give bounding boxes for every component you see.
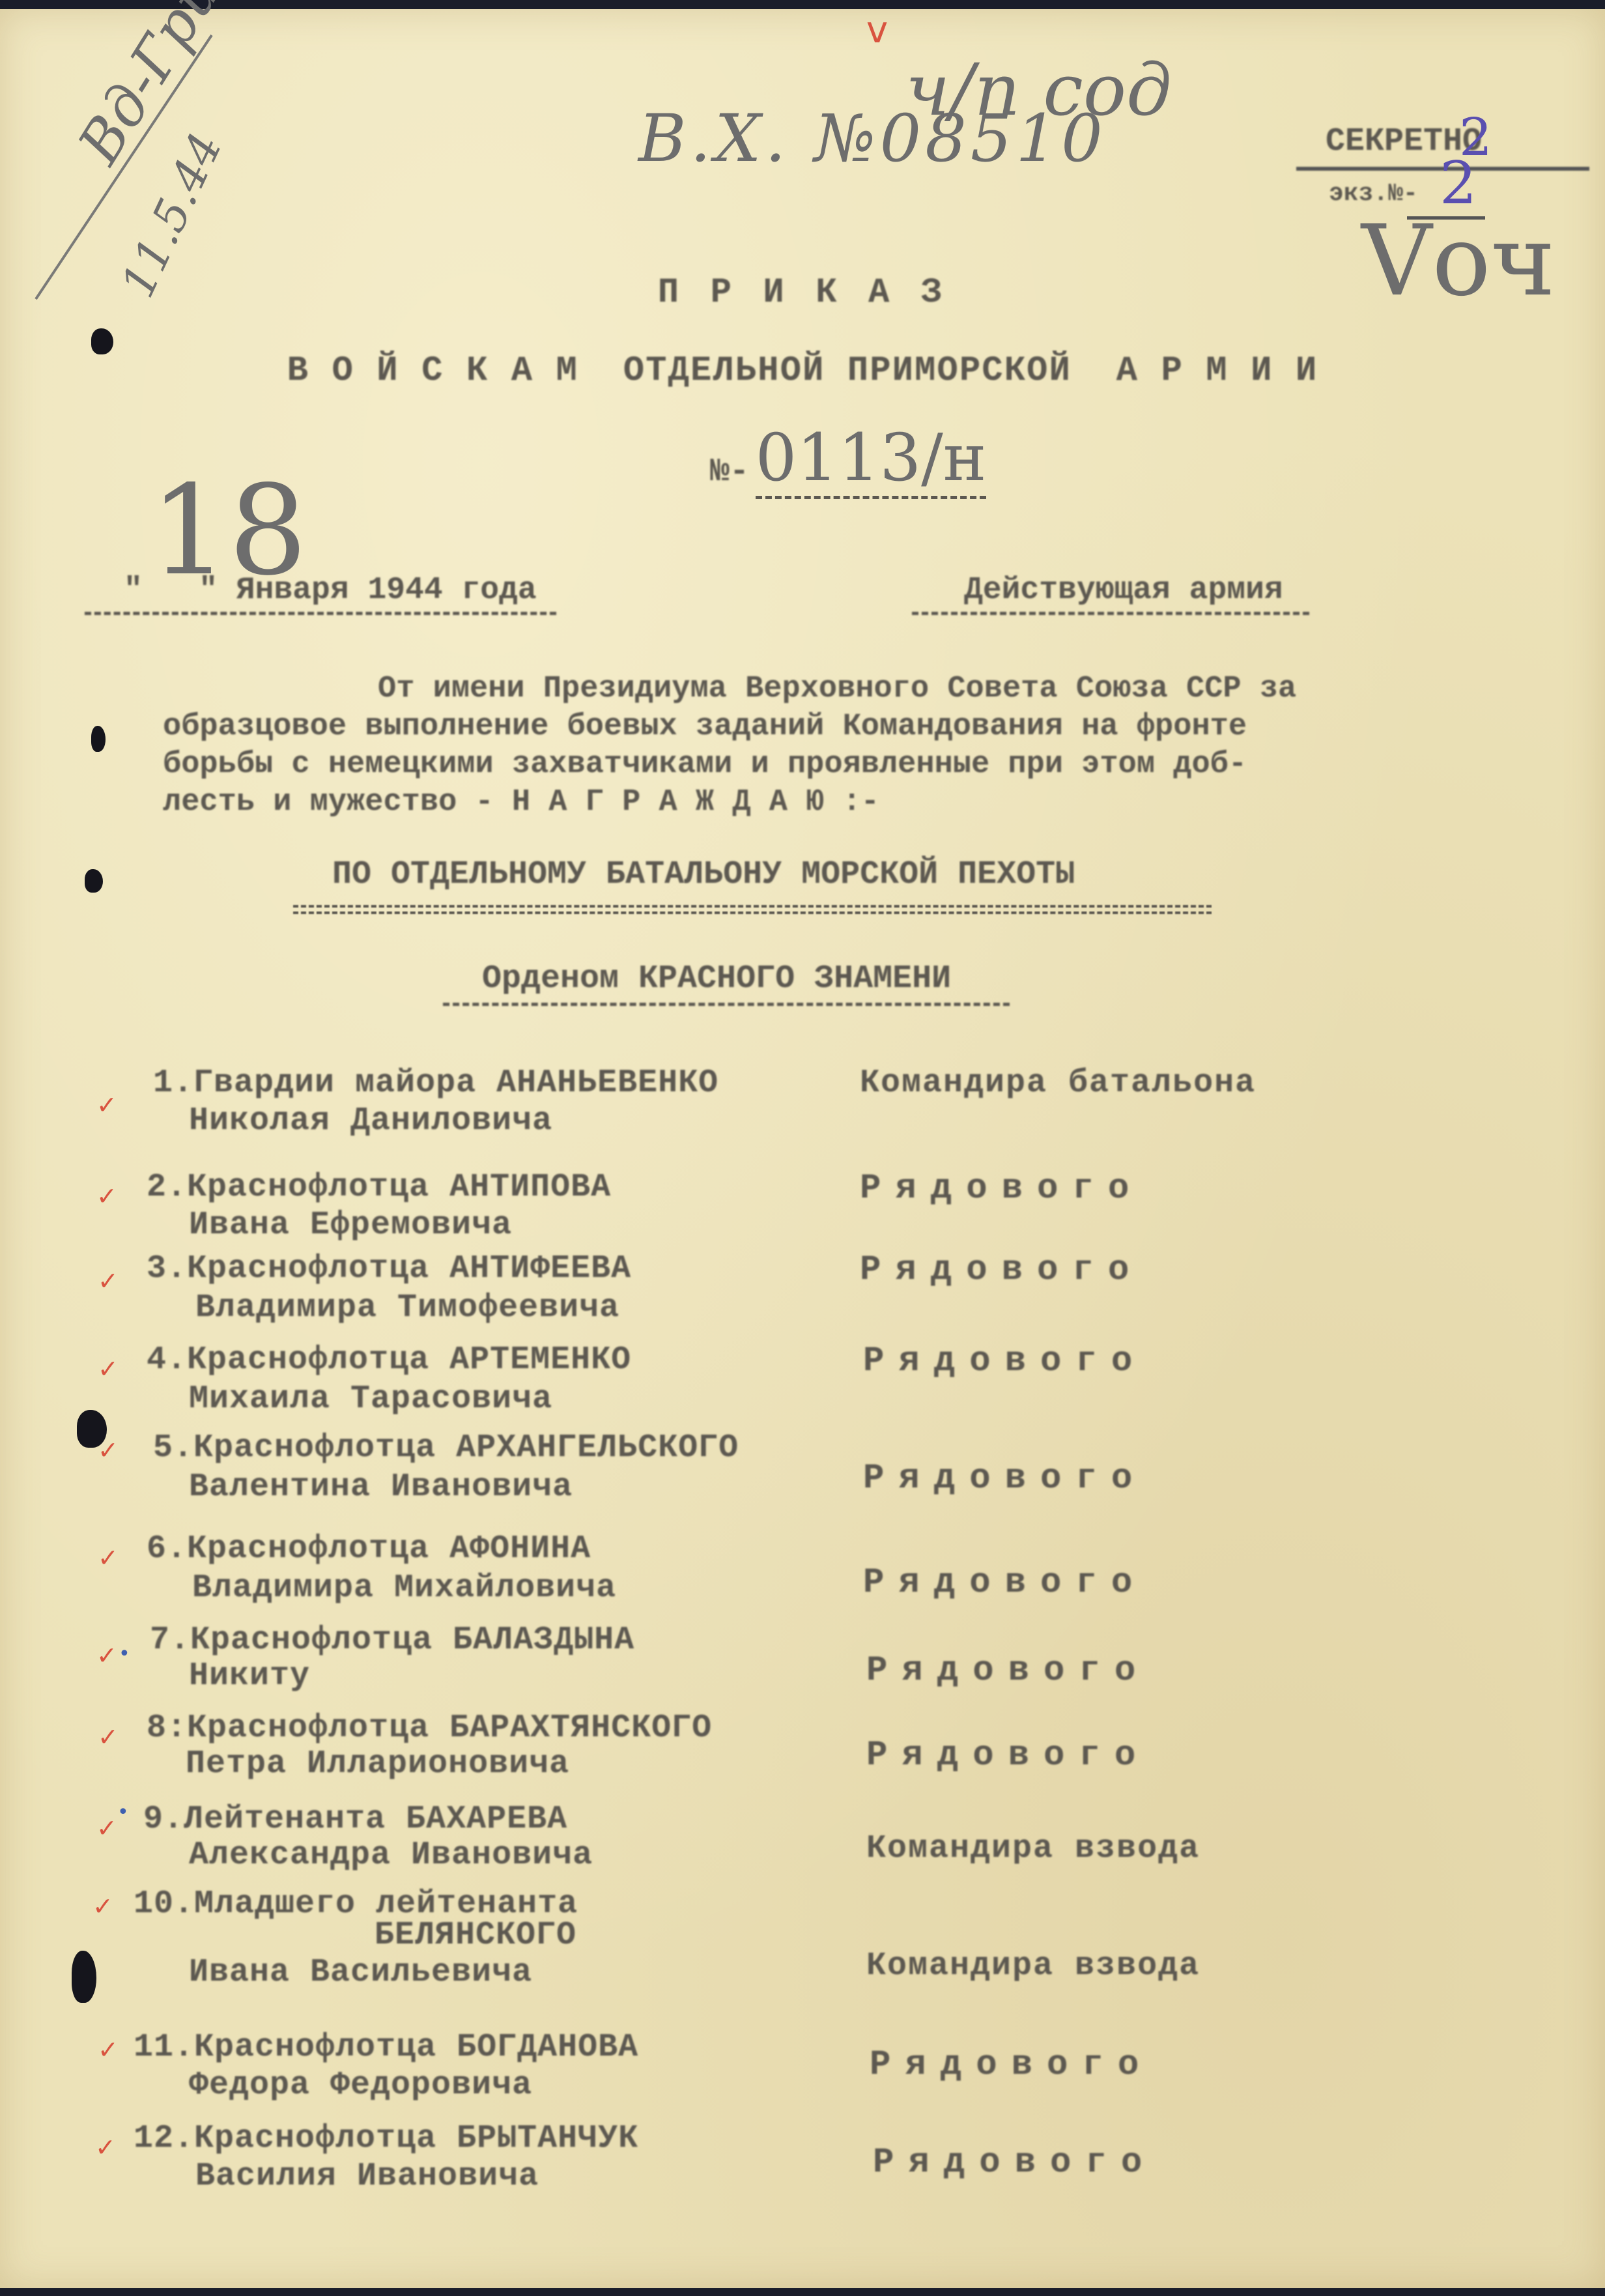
check-mark-icon: ✓ xyxy=(95,2133,116,2162)
preamble-line: лесть и мужество - Н А Г Р А Ж Д А Ю :- xyxy=(163,784,1296,822)
entry-position: Рядового xyxy=(863,1563,1146,1603)
entry-name: 6.Краснофлотца АФОНИНА xyxy=(147,1530,591,1568)
entry-patronymic: Николая Даниловича xyxy=(189,1102,552,1140)
check-mark-icon: ✓ xyxy=(98,1267,119,1295)
check-mark-icon: ✓ xyxy=(98,1543,119,1572)
order-number: №- 0113/н xyxy=(710,420,986,496)
list-item: ✓ 2.Краснофлотца АНТИПОВА Ивана Ефремови… xyxy=(0,1169,1605,1247)
entry-patronymic: Александра Ивановича xyxy=(189,1837,593,1874)
entry-name: 2.Краснофлотца АНТИПОВА xyxy=(147,1169,611,1206)
entry-patronymic: Ивана Ефремовича xyxy=(189,1207,512,1244)
list-item: ✓ 8:Краснофлотца БАРАХТЯНСКОГО Петра Илл… xyxy=(0,1710,1605,1788)
handwritten-top-note: ч/п сод xyxy=(905,48,1172,132)
order-number-value: 0113/н xyxy=(756,420,987,499)
preamble-line: образцовое выполнение боевых заданий Ком… xyxy=(163,708,1296,746)
order-location: Действующая армия xyxy=(912,573,1309,615)
punch-hole xyxy=(91,726,106,752)
order-number-prefix: №- xyxy=(710,453,749,491)
entry-position: Рядового xyxy=(873,2143,1156,2183)
entry-position: Рядового xyxy=(860,1169,1143,1209)
entry-patronymic: Владимира Тимофеевича xyxy=(195,1289,619,1327)
entry-position: Командира батальона xyxy=(860,1065,1256,1102)
red-check-mark: v xyxy=(866,9,888,51)
entry-name: 11.Краснофлотца БОГДАНОВА xyxy=(134,2029,638,2066)
check-mark-icon: ✓ xyxy=(92,1892,113,1921)
entry-name: 9.Лейтенанта БАХАРЕВА xyxy=(143,1801,567,1838)
list-item: ✓ • 9.Лейтенанта БАХАРЕВА Александра Ива… xyxy=(0,1801,1605,1879)
award-heading: Орденом КРАСНОГО ЗНАМЕНИ xyxy=(443,960,1010,1006)
document-subtitle: В О Й С К А М ОТДЕЛЬНОЙ ПРИМОРСКОЙ А Р М… xyxy=(0,351,1605,391)
check-mark-icon: ✓ xyxy=(96,1182,117,1211)
entry-name: 12.Краснофлотца БРЫТАНЧУК xyxy=(134,2120,638,2157)
entry-position: Командира взвода xyxy=(866,1947,1200,1985)
list-item: ✓ 10.Младшего лейтенанта БЕЛЯНСКОГО Иван… xyxy=(0,1886,1605,1996)
entry-position: Рядового xyxy=(866,1651,1150,1691)
unit-heading: ПО ОТДЕЛЬНОМУ БАТАЛЬОНУ МОРСКОЙ ПЕХОТЫ xyxy=(332,856,1075,893)
entry-name: 3.Краснофлотца АНТИФЕЕВА xyxy=(147,1250,631,1287)
document-title: П Р И К А З xyxy=(0,273,1605,313)
copy-label: экз.№- xyxy=(1329,180,1418,208)
entry-patronymic: Федора Федоровича xyxy=(189,2067,532,2104)
entry-patronymic: Валентина Ивановича xyxy=(189,1469,573,1506)
entry-surname: БЕЛЯНСКОГО xyxy=(375,1917,576,1954)
blue-dot-mark-icon: • xyxy=(119,1643,130,1665)
check-mark-icon: ✓ xyxy=(98,2035,119,2064)
entry-position: Рядового xyxy=(866,1736,1150,1775)
check-mark-icon: ✓ xyxy=(98,1355,119,1383)
entry-patronymic: Василия Ивановича xyxy=(195,2158,539,2195)
entry-name: 7.Краснофлотца БАЛАЗДЫНА xyxy=(150,1622,634,1659)
list-item: ✓ 12.Краснофлотца БРЫТАНЧУК Василия Иван… xyxy=(0,2120,1605,2198)
entry-position: Рядового xyxy=(860,1250,1143,1290)
entry-patronymic: Петра Илларионовича xyxy=(186,1745,569,1783)
entry-patronymic: Владимира Михайловича xyxy=(192,1570,616,1607)
entry-position: Рядового xyxy=(870,2045,1153,2085)
order-date: " " Января 1944 года xyxy=(85,573,556,615)
list-item: ✓ 5.Краснофлотца АРХАНГЕЛЬСКОГО Валентин… xyxy=(0,1429,1605,1521)
check-mark-icon: ✓ xyxy=(98,1723,119,1751)
list-item: ✓ 1.Гвардии майора АНАНЬЕВЕНКО Николая Д… xyxy=(0,1065,1605,1143)
preamble-line: От имени Президиума Верховного Совета Со… xyxy=(163,670,1296,708)
list-item: ✓ • 7.Краснофлотца БАЛАЗДЫНА Никиту Рядо… xyxy=(0,1622,1605,1700)
entry-position: Командира взвода xyxy=(866,1830,1200,1867)
entry-name: 5.Краснофлотца АРХАНГЕЛЬСКОГО xyxy=(153,1429,739,1467)
check-mark-icon: ✓ xyxy=(96,1814,117,1843)
check-mark-icon: ✓ xyxy=(96,1641,117,1670)
entry-patronymic: Михаила Тарасовича xyxy=(189,1381,552,1418)
unit-heading-double-rule xyxy=(293,905,1212,914)
list-item: ✓ 4.Краснофлотца АРТЕМЕНКО Михаила Тарас… xyxy=(0,1342,1605,1420)
list-item: ✓ 6.Краснофлотца АФОНИНА Владимира Михай… xyxy=(0,1530,1605,1622)
punch-hole xyxy=(85,869,103,893)
entry-name: 8:Краснофлотца БАРАХТЯНСКОГО xyxy=(147,1710,712,1747)
entry-name: 1.Гвардии майора АНАНЬЕВЕНКО xyxy=(153,1065,718,1102)
entry-patronymic: Ивана Васильевича xyxy=(189,1954,532,1991)
entry-position: Рядового xyxy=(863,1342,1146,1381)
check-mark-icon: ✓ xyxy=(96,1091,117,1119)
document-page: Вд-Грим Д 11.5.44 В.Х. №08510 v ч/п сод … xyxy=(0,9,1605,2288)
preamble-line: борьбы с немецкими захватчиками и проявл… xyxy=(163,746,1296,784)
entry-name: 4.Краснофлотца АРТЕМЕНКО xyxy=(147,1342,631,1379)
list-item: ✓ 3.Краснофлотца АНТИФЕЕВА Владимира Тим… xyxy=(0,1250,1605,1328)
entry-position: Рядового xyxy=(863,1459,1146,1499)
preamble: От имени Президиума Верховного Совета Со… xyxy=(163,670,1296,822)
check-mark-icon: ✓ xyxy=(98,1436,119,1465)
list-item: ✓ 11.Краснофлотца БОГДАНОВА Федора Федор… xyxy=(0,2029,1605,2107)
entry-patronymic: Никиту xyxy=(189,1657,310,1695)
blue-dot-mark-icon: • xyxy=(117,1801,129,1824)
